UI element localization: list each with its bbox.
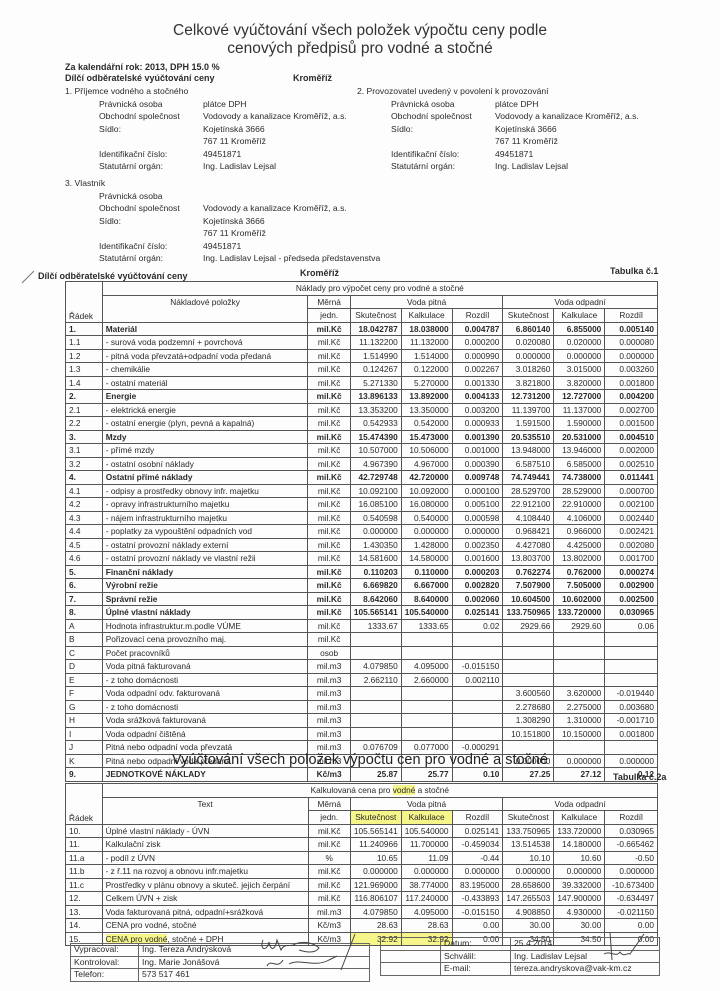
row-value: 0.000000 bbox=[605, 349, 658, 363]
row-value: 2.660000 bbox=[401, 673, 452, 687]
row-value: 0.002700 bbox=[605, 403, 658, 417]
party-3: 3. VlastníkPrávnická osobaObchodní spole… bbox=[65, 177, 380, 265]
row-value: 3.820000 bbox=[554, 376, 605, 390]
row-value bbox=[554, 673, 605, 687]
row-value: 0.000203 bbox=[452, 565, 503, 579]
row-value: 25.77 bbox=[401, 768, 452, 782]
row-id: 4.5 bbox=[66, 538, 103, 552]
row-value bbox=[554, 646, 605, 660]
row-value: 2.662110 bbox=[350, 673, 401, 687]
header-unit: Měrná bbox=[308, 797, 350, 811]
header-diff: Rozdíl bbox=[452, 309, 503, 323]
row-name: Hodnota infrastruktur.m.podle VÚME bbox=[102, 619, 308, 633]
section-label: Dílčí odběratelské vyúčtování ceny bbox=[65, 73, 215, 84]
row-name: Úplné vlastní náklady bbox=[102, 606, 308, 620]
row-value: 0.001800 bbox=[605, 376, 658, 390]
party-row: Sídlo:Kojetínská 3666 bbox=[65, 215, 380, 228]
row-id: 4. bbox=[66, 471, 103, 485]
table-caption: Kalkulovaná cena pro vodné a stočné bbox=[102, 784, 657, 798]
row-value: 10.10 bbox=[503, 851, 554, 865]
row-id: 2.1 bbox=[66, 403, 103, 417]
row-value: 0.002421 bbox=[605, 525, 658, 539]
row-value: 1.514000 bbox=[401, 349, 452, 363]
row-value bbox=[350, 727, 401, 741]
row-value: -0.459034 bbox=[452, 838, 503, 852]
row-value bbox=[350, 646, 401, 660]
row-value: 0.122000 bbox=[401, 363, 452, 377]
row-name: Úplné vlastní náklady - ÚVN bbox=[102, 824, 308, 838]
row-value bbox=[605, 646, 658, 660]
row-value: 2929.60 bbox=[554, 619, 605, 633]
row-value: 4.095000 bbox=[401, 905, 452, 919]
row-value bbox=[452, 633, 503, 647]
row-unit: mil.Kč bbox=[308, 457, 351, 471]
footer-spacer bbox=[381, 950, 441, 963]
table-caption: Náklady pro výpočet ceny pro vodné a sto… bbox=[102, 282, 657, 296]
header-row-id: Řádek bbox=[66, 784, 103, 825]
row-unit: mil.Kč bbox=[308, 471, 351, 485]
row-value: 13.892000 bbox=[401, 390, 452, 404]
row-value: 10.092100 bbox=[350, 484, 401, 498]
row-value: 0.001600 bbox=[452, 552, 503, 566]
row-value: 30.00 bbox=[503, 919, 554, 933]
header-diff: Rozdíl bbox=[452, 811, 503, 825]
row-value: 6.585000 bbox=[554, 457, 605, 471]
table-row: AHodnota infrastruktur.m.podle VÚMEmil.K… bbox=[66, 619, 658, 633]
header-calc: Kalkulace bbox=[401, 811, 452, 825]
row-unit: mil.Kč bbox=[308, 390, 351, 404]
table-row: BPořizovací cena provozního maj.mil.Kč bbox=[66, 633, 658, 647]
row-value: 0.124267 bbox=[350, 363, 401, 377]
table-row: 1.3- chemikáliemil.Kč0.1242670.1220000.0… bbox=[66, 363, 658, 377]
row-id: 3.2 bbox=[66, 457, 103, 471]
table-row: 4.Ostatní přímé nákladymil.Kč42.72974842… bbox=[66, 471, 658, 485]
row-value: 105.540000 bbox=[401, 606, 452, 620]
row-value: 8.642060 bbox=[350, 592, 401, 606]
row-unit: mil.Kč bbox=[308, 322, 351, 336]
row-value: 38.774000 bbox=[401, 878, 452, 892]
row-value: 0.000000 bbox=[452, 525, 503, 539]
row-unit: mil.Kč bbox=[308, 484, 351, 498]
row-id: E bbox=[66, 673, 103, 687]
row-name: - ostatní energie (plyn, pevná a kapalná… bbox=[102, 417, 308, 431]
row-value: 18.038000 bbox=[401, 322, 452, 336]
row-value: 1.308290 bbox=[503, 714, 554, 728]
row-value: 0.001330 bbox=[452, 376, 503, 390]
party-field-value: Ing. Ladislav Lejsal bbox=[203, 160, 276, 173]
row-name: Výrobní režie bbox=[102, 579, 308, 593]
row-value: 12.727000 bbox=[554, 390, 605, 404]
row-value: 20.531000 bbox=[554, 430, 605, 444]
row-value: 13.350000 bbox=[401, 403, 452, 417]
row-name: Materiál bbox=[102, 322, 308, 336]
party-row: Identifikační číslo:49451871 bbox=[357, 148, 639, 161]
row-unit: mil.Kč bbox=[308, 363, 351, 377]
row-value: 0.000000 bbox=[452, 865, 503, 879]
row-value: 1.428000 bbox=[401, 538, 452, 552]
row-value: 4.427080 bbox=[503, 538, 554, 552]
row-value bbox=[401, 646, 452, 660]
row-value: 6.860140 bbox=[503, 322, 554, 336]
row-value bbox=[452, 700, 503, 714]
header-diff: Rozdíl bbox=[605, 811, 658, 825]
row-name: - z ř.11 na rozvoj a obnovu infr.majetku bbox=[102, 865, 308, 879]
row-value: 1.514990 bbox=[350, 349, 401, 363]
row-value: 0.030965 bbox=[605, 824, 658, 838]
row-value bbox=[605, 660, 658, 674]
row-name: Voda pitná fakturovaná bbox=[102, 660, 308, 674]
row-name: Voda odpadní odv. fakturovaná bbox=[102, 687, 308, 701]
row-value: 133.750965 bbox=[503, 606, 554, 620]
row-value: 1.591500 bbox=[503, 417, 554, 431]
row-value: 11.09 bbox=[401, 851, 452, 865]
table-row: FVoda odpadní odv. fakturovanámil.m33.60… bbox=[66, 687, 658, 701]
table-row: 13.Voda fakturovaná pitná, odpadní+srážk… bbox=[66, 905, 658, 919]
party-field-value: 767 11 Kroměříž bbox=[495, 135, 558, 148]
row-value: 0.025141 bbox=[452, 606, 503, 620]
row-name: Voda fakturovaná pitná, odpadní+srážková bbox=[102, 905, 308, 919]
row-value: 15.474390 bbox=[350, 430, 401, 444]
row-value bbox=[554, 660, 605, 674]
table-row: 3.Mzdymil.Kč15.47439015.4730000.00139020… bbox=[66, 430, 658, 444]
header-waste-water: Voda odpadní bbox=[503, 295, 658, 309]
row-unit: mil.Kč bbox=[308, 619, 351, 633]
row-value: 4.967390 bbox=[350, 457, 401, 471]
row-value: 0.004200 bbox=[605, 390, 658, 404]
row-value: 13.353200 bbox=[350, 403, 401, 417]
row-id: 4.1 bbox=[66, 484, 103, 498]
row-value: 20.535510 bbox=[503, 430, 554, 444]
row-unit: mil.Kč bbox=[308, 444, 351, 458]
row-name: - ostatní osobní náklady bbox=[102, 457, 308, 471]
party-row: 767 11 Kroměříž bbox=[65, 227, 380, 240]
party-row: Identifikační číslo:49451871 bbox=[65, 240, 380, 253]
row-value: 2.278680 bbox=[503, 700, 554, 714]
row-name: Ostatní přímé náklady bbox=[102, 471, 308, 485]
party-row: Statutární orgán:Ing. Ladislav Lejsal bbox=[357, 160, 639, 173]
row-value: 147.265503 bbox=[503, 892, 554, 906]
row-value: 0.002060 bbox=[452, 592, 503, 606]
party-field-value: Vodovody a kanalizace Kroměříž, a.s. bbox=[495, 110, 639, 123]
row-id: 2.2 bbox=[66, 417, 103, 431]
row-value: 105.565141 bbox=[350, 824, 401, 838]
row-value: 0.110203 bbox=[350, 565, 401, 579]
party-row: Právnická osoba bbox=[65, 190, 380, 203]
header-waste-water: Voda odpadní bbox=[503, 797, 658, 811]
row-unit: mil.Kč bbox=[308, 633, 351, 647]
row-value: 11.700000 bbox=[401, 838, 452, 852]
row-value bbox=[503, 673, 554, 687]
row-value: 10.506000 bbox=[401, 444, 452, 458]
row-value: 0.011441 bbox=[605, 471, 658, 485]
table-row: IVoda odpadní čištěnámil.m310.15180010.1… bbox=[66, 727, 658, 741]
row-value: 0.020080 bbox=[503, 336, 554, 350]
row-id: D bbox=[66, 660, 103, 674]
row-id: 4.2 bbox=[66, 498, 103, 512]
price-table: ŘádekKalkulovaná cena pro vodné a stočné… bbox=[65, 783, 658, 946]
table-row: 1.Materiálmil.Kč18.04278718.0380000.0047… bbox=[66, 322, 658, 336]
table-caption-row: ŘádekNáklady pro výpočet ceny pro vodné … bbox=[66, 282, 658, 296]
row-value: 4.967000 bbox=[401, 457, 452, 471]
row-name: Voda odpadní čištěná bbox=[102, 727, 308, 741]
party-field-value: 49451871 bbox=[203, 148, 241, 161]
row-id: 14. bbox=[66, 919, 103, 933]
row-value: 0.000000 bbox=[503, 865, 554, 879]
row-value: 0.000000 bbox=[554, 865, 605, 879]
row-unit: mil.m3 bbox=[308, 700, 351, 714]
row-value: 105.540000 bbox=[401, 824, 452, 838]
party-field-label bbox=[99, 135, 203, 148]
row-name: - opravy infrastrukturního majetku bbox=[102, 498, 308, 512]
row-id: I bbox=[66, 727, 103, 741]
row-value: 4.106000 bbox=[554, 511, 605, 525]
party-row: 767 11 Kroměříž bbox=[357, 135, 639, 148]
table-row: HVoda srážková fakturovanámil.m31.308290… bbox=[66, 714, 658, 728]
row-value: 0.005100 bbox=[452, 498, 503, 512]
footer-label: Schválil: bbox=[441, 950, 511, 963]
party-field-value: Ing. Ladislav Lejsal bbox=[495, 160, 568, 173]
document-title: Celkové vyúčtování všech položek výpočtu… bbox=[0, 22, 720, 58]
row-name: Pořizovací cena provozního maj. bbox=[102, 633, 308, 647]
header-row-id: Řádek bbox=[66, 282, 103, 323]
row-value: 0.542000 bbox=[401, 417, 452, 431]
row-value: 0.004787 bbox=[452, 322, 503, 336]
row-id: 12. bbox=[66, 892, 103, 906]
signature-drawing bbox=[255, 930, 385, 980]
row-value: 0.02 bbox=[452, 619, 503, 633]
table-row: CPočet pracovníkůosob bbox=[66, 646, 658, 660]
row-value bbox=[401, 727, 452, 741]
row-value: 7.507900 bbox=[503, 579, 554, 593]
row-value: 0.762000 bbox=[554, 565, 605, 579]
party-field-value: Vodovody a kanalizace Kroměříž, a.s. bbox=[203, 202, 347, 215]
row-value: 0.000100 bbox=[452, 484, 503, 498]
table-row: 4.1- odpisy a prostředky obnovy infr. ma… bbox=[66, 484, 658, 498]
row-name: - poplatky za vypouštění odpadních vod bbox=[102, 525, 308, 539]
row-value: 0.000000 bbox=[350, 525, 401, 539]
row-value: -0.015150 bbox=[452, 905, 503, 919]
row-value: 0.002500 bbox=[605, 592, 658, 606]
party-row: Sídlo:Kojetínská 3666 bbox=[65, 123, 347, 136]
row-value bbox=[401, 714, 452, 728]
row-id: A bbox=[66, 619, 103, 633]
party-field-label: Sídlo: bbox=[391, 123, 495, 136]
row-value: 105.565141 bbox=[350, 606, 401, 620]
row-value bbox=[452, 646, 503, 660]
row-value bbox=[350, 714, 401, 728]
row-unit: mil.Kč bbox=[308, 417, 351, 431]
party-row: Sídlo:Kojetínská 3666 bbox=[357, 123, 639, 136]
row-id: 11. bbox=[66, 838, 103, 852]
row-value: 116.806107 bbox=[350, 892, 401, 906]
row-value bbox=[401, 687, 452, 701]
row-value: 28.63 bbox=[401, 919, 452, 933]
row-unit: Kč/m3 bbox=[308, 768, 351, 782]
table-row: 4.6- ostatní provozní náklady ve vlastní… bbox=[66, 552, 658, 566]
row-value: 4.908850 bbox=[503, 905, 554, 919]
row-value bbox=[401, 700, 452, 714]
row-unit: mil.Kč bbox=[308, 824, 350, 838]
row-value: 18.042787 bbox=[350, 322, 401, 336]
row-value bbox=[350, 687, 401, 701]
party-1: 1. Příjemce vodného a stočnéhoPrávnická … bbox=[65, 85, 347, 173]
row-value: 0.000700 bbox=[605, 484, 658, 498]
row-id: 4.4 bbox=[66, 525, 103, 539]
row-value: 0.001500 bbox=[605, 417, 658, 431]
row-name: Počet pracovníků bbox=[102, 646, 308, 660]
party-field-value: Kojetínská 3666 bbox=[495, 123, 557, 136]
row-name: Mzdy bbox=[102, 430, 308, 444]
row-unit: mil.m3 bbox=[308, 660, 351, 674]
row-unit: osob bbox=[308, 646, 351, 660]
header-item: Nákladové položky bbox=[102, 295, 308, 322]
row-value: 3.015000 bbox=[554, 363, 605, 377]
row-id: 11.b bbox=[66, 865, 103, 879]
row-value: 27.12 bbox=[554, 768, 605, 782]
party-row: Obchodní společnostVodovody a kanalizace… bbox=[65, 110, 347, 123]
row-value: 0.001390 bbox=[452, 430, 503, 444]
row-value: 0.000000 bbox=[554, 349, 605, 363]
row-value: 27.25 bbox=[503, 768, 554, 782]
row-value: 117.240000 bbox=[401, 892, 452, 906]
row-value: -0.50 bbox=[605, 851, 658, 865]
party-field-value: Kojetínská 3666 bbox=[203, 215, 265, 228]
row-value: 74.738000 bbox=[554, 471, 605, 485]
row-value: 1333.65 bbox=[401, 619, 452, 633]
party-field-value: plátce DPH bbox=[203, 98, 246, 111]
table-row: 11.Kalkulační ziskmil.Kč11.24096611.7000… bbox=[66, 838, 658, 852]
party-field-label: Statutární orgán: bbox=[99, 160, 203, 173]
row-value: 0.004510 bbox=[605, 430, 658, 444]
row-unit: mil.Kč bbox=[308, 538, 351, 552]
row-value: 0.000990 bbox=[452, 349, 503, 363]
table1-city: Kroměříž bbox=[300, 268, 339, 279]
table-row: 1.1- surová voda podzemní + povrchovámil… bbox=[66, 336, 658, 350]
row-name: Energie bbox=[102, 390, 308, 404]
party-heading: 3. Vlastník bbox=[65, 177, 380, 190]
row-id: 8. bbox=[66, 606, 103, 620]
row-value: 0.001700 bbox=[605, 552, 658, 566]
header-actual: Skutečnost bbox=[503, 309, 554, 323]
party-field-value: 767 11 Kroměříž bbox=[203, 227, 266, 240]
row-id: 6. bbox=[66, 579, 103, 593]
row-value bbox=[503, 633, 554, 647]
row-unit: mil.Kč bbox=[308, 349, 351, 363]
row-value: 0.000000 bbox=[401, 525, 452, 539]
row-name: Voda srážková fakturovaná bbox=[102, 714, 308, 728]
row-value: 0.542933 bbox=[350, 417, 401, 431]
row-value: 1.310000 bbox=[554, 714, 605, 728]
party-heading: 2. Provozovatel uvedený v povolení k pro… bbox=[357, 85, 639, 98]
party-field-label: Obchodní společnost bbox=[391, 110, 495, 123]
row-id: 1.3 bbox=[66, 363, 103, 377]
row-unit: mil.Kč bbox=[308, 430, 351, 444]
row-id: 13. bbox=[66, 905, 103, 919]
table-row: 11.cProstředky v plánu obnovy a skuteč. … bbox=[66, 878, 658, 892]
row-name: - z toho domácnosti bbox=[102, 700, 308, 714]
header-calc: Kalkulace bbox=[554, 309, 605, 323]
footer-label: Datum: bbox=[441, 938, 511, 951]
row-value: 6.855000 bbox=[554, 322, 605, 336]
table-row: 3.1- přímé mzdymil.Kč10.50700010.5060000… bbox=[66, 444, 658, 458]
row-value: 13.896133 bbox=[350, 390, 401, 404]
party-field-value: 767 11 Kroměříž bbox=[203, 135, 266, 148]
row-value: -10.673400 bbox=[605, 878, 658, 892]
row-name: - elektrická energie bbox=[102, 403, 308, 417]
row-value: 4.930000 bbox=[554, 905, 605, 919]
row-value: -0.634497 bbox=[605, 892, 658, 906]
row-id: 2. bbox=[66, 390, 103, 404]
row-value: 0.968421 bbox=[503, 525, 554, 539]
table2-label: Tabulka č.2a bbox=[613, 772, 666, 783]
header-unit: Měrná bbox=[308, 295, 351, 309]
highlight: vodné bbox=[393, 785, 416, 795]
row-name: - nájem infrastrukturního majetku bbox=[102, 511, 308, 525]
table-row: 6.Výrobní režiemil.Kč6.6698206.6670000.0… bbox=[66, 579, 658, 593]
row-id: 7. bbox=[66, 592, 103, 606]
footer-label: Telefon: bbox=[71, 969, 139, 982]
row-value: 0.002267 bbox=[452, 363, 503, 377]
row-value: 0.002080 bbox=[605, 538, 658, 552]
row-value: 4.079850 bbox=[350, 660, 401, 674]
row-value: 0.025141 bbox=[452, 824, 503, 838]
row-value: 10.65 bbox=[350, 851, 401, 865]
row-value: 7.505000 bbox=[554, 579, 605, 593]
table-row: 5.Finanční nákladymil.Kč0.1102030.110000… bbox=[66, 565, 658, 579]
row-value: 0.000933 bbox=[452, 417, 503, 431]
header-row: TextMěrnáVoda pitnáVoda odpadní bbox=[66, 797, 658, 811]
header-actual: Skutečnost bbox=[350, 309, 401, 323]
row-value: 10.507000 bbox=[350, 444, 401, 458]
party-field-label: Identifikační číslo: bbox=[99, 148, 203, 161]
party-row: Obchodní společnostVodovody a kanalizace… bbox=[357, 110, 639, 123]
row-name: - přímé mzdy bbox=[102, 444, 308, 458]
row-value: 133.720000 bbox=[554, 606, 605, 620]
row-unit: mil.m3 bbox=[308, 727, 351, 741]
table-row: 2.1- elektrická energiemil.Kč13.35320013… bbox=[66, 403, 658, 417]
party-field-label: Sídlo: bbox=[99, 123, 203, 136]
row-value: -0.665462 bbox=[605, 838, 658, 852]
party-field-value: Kojetínská 3666 bbox=[203, 123, 265, 136]
table-row: DVoda pitná fakturovanámil.m34.0798504.0… bbox=[66, 660, 658, 674]
party-field-value: plátce DPH bbox=[495, 98, 538, 111]
row-value: 1.430350 bbox=[350, 538, 401, 552]
party-field-label: Obchodní společnost bbox=[99, 110, 203, 123]
row-value: -0.44 bbox=[452, 851, 503, 865]
row-value: 12.731200 bbox=[503, 390, 554, 404]
row-value: 28.529700 bbox=[503, 484, 554, 498]
row-value bbox=[503, 646, 554, 660]
row-value bbox=[350, 700, 401, 714]
row-value: 0.004133 bbox=[452, 390, 503, 404]
party-2: 2. Provozovatel uvedený v povolení k pro… bbox=[357, 85, 639, 173]
footer-label: E-mail: bbox=[441, 963, 511, 976]
row-id: 11.a bbox=[66, 851, 103, 865]
table-row: 1.4- ostatní materiálmil.Kč5.2713305.270… bbox=[66, 376, 658, 390]
approval-signature bbox=[600, 930, 660, 970]
row-name: - chemikálie bbox=[102, 363, 308, 377]
table-row: 11.b- z ř.11 na rozvoj a obnovu infr.maj… bbox=[66, 865, 658, 879]
table-row: 7.Správní režiemil.Kč8.6420608.6400000.0… bbox=[66, 592, 658, 606]
party-row: 767 11 Kroměříž bbox=[65, 135, 347, 148]
party-field-label bbox=[391, 135, 495, 148]
row-id: H bbox=[66, 714, 103, 728]
row-value: 4.108440 bbox=[503, 511, 554, 525]
row-value: 0.001000 bbox=[452, 444, 503, 458]
row-unit: mil.Kč bbox=[308, 376, 351, 390]
row-unit: mil.Kč bbox=[308, 511, 351, 525]
row-id: 1.4 bbox=[66, 376, 103, 390]
